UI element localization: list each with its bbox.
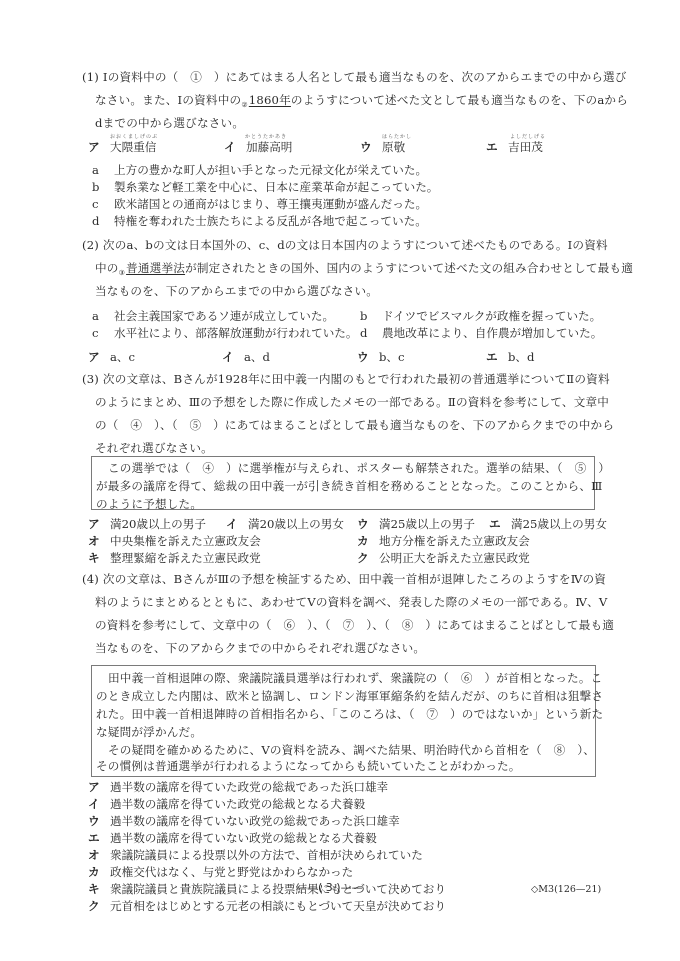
- choice-label: ア: [88, 142, 110, 154]
- choice-label: ウ: [88, 816, 110, 828]
- q2-line-2-head: 中の: [95, 261, 119, 275]
- choice-label: ア: [88, 519, 110, 531]
- choice-label: カ: [88, 867, 110, 879]
- choice-text: 政権交代はなく、与党と野党はかわらなかった: [110, 865, 353, 879]
- choice-text: 吉田茂: [508, 140, 543, 154]
- q3-choice-a: ア満20歳以上の男子: [88, 519, 206, 531]
- q2-line-1: (2) 次のa、bの文は日本国外の、c、dの文は日本国内のようすについて述べたも…: [82, 240, 608, 252]
- choice-label: オ: [88, 536, 110, 548]
- q4-choice-u: ウ過半数の議席を得ていない政党の総裁であった浜口雄幸: [88, 816, 400, 828]
- q1-statement-d: d特権を奪われた士族たちによる反乱が各地で起こっていた。: [92, 216, 427, 228]
- choice-text: 満20歳以上の男子: [110, 517, 206, 531]
- statement-text: 社会主義国家であるソ連が成立していた。: [114, 309, 334, 323]
- q2-statement-d: d農地改革により、自作農が増加していた。: [360, 328, 602, 340]
- q4-choice-a: ア過半数の議席を得ていた政党の総裁であった浜口雄幸: [88, 782, 388, 794]
- q3-choice-e: エ満25歳以上の男女: [489, 519, 607, 531]
- choice-text: a、c: [110, 350, 135, 364]
- choice-label: エ: [486, 142, 508, 154]
- statement-text: 製糸業など軽工業を中心に、日本に産業革命が起こっていた。: [114, 180, 438, 194]
- page-number: ——( 3 )——: [296, 882, 363, 893]
- q3-choice-ki: キ整理緊縮を訴えた立憲民政党: [88, 553, 261, 565]
- q4-choice-e: エ過半数の議席を得ていない政党の総裁となる犬養毅: [88, 833, 377, 845]
- statement-label: c: [92, 199, 114, 211]
- choice-label: イ: [224, 142, 246, 154]
- q2-choice-u: ウb、c: [357, 352, 405, 364]
- statement-label: c: [92, 328, 114, 340]
- choice-label: ウ: [357, 352, 379, 364]
- q2-line-2: 中の③普通選挙法が制定されたときの国外、国内のようすについて述べた文の組み合わせ…: [95, 263, 633, 277]
- choice-label: ク: [88, 901, 110, 913]
- choice-text: 満25歳以上の男子: [379, 517, 475, 531]
- statement-text: 欧米諸国との通商がはじまり、尊王攘夷運動が盛んだった。: [114, 197, 427, 211]
- q2-choice-a: アa、c: [88, 352, 135, 364]
- choice-text: 整理緊縮を訴えた立憲民政党: [110, 551, 261, 565]
- q4-memo-line-3: れた。田中義一首相退陣時の首相指名から、「このころは、（ ⑦ ）のではないか」と…: [96, 709, 603, 721]
- choice-text: 衆議院議員による投票以外の方法で、首相が決められていた: [110, 848, 423, 862]
- choice-text: 中央集権を訴えた立憲政友会: [110, 534, 261, 548]
- q1-line-2: なさい。また、Ⅰの資料中の②1860年のようすについて述べた文として最も適当なも…: [95, 95, 628, 109]
- q3-line-4: それぞれ選びなさい。: [95, 443, 213, 455]
- statement-label: a: [92, 311, 114, 323]
- underlined-universal-suffrage-law: 普通選挙法: [126, 261, 185, 275]
- choice-text: 過半数の議席を得ていない政党の総裁となる犬養毅: [110, 831, 377, 845]
- statement-label: b: [92, 182, 114, 194]
- q3-line-1: (3) 次の文章は、Bさんが1928年に田中義一内閣のもとで行われた最初の普通選…: [82, 374, 610, 386]
- q1-statement-a: a上方の豊かな町人が担い手となった元禄文化が栄えていた。: [92, 165, 427, 177]
- q4-memo-line-1: 田中義一首相退陣の際、衆議院議員選挙は行われず、衆議院の（ ⑥ ）が首相となった…: [108, 673, 602, 685]
- q3-line-2: のようにまとめ、Ⅲの予想をした際に作成したメモの一部である。Ⅱの資料を参考にして…: [95, 397, 609, 409]
- choice-text: 元首相をはじめとする元老の相談にもとづいて天皇が決めており: [110, 899, 446, 913]
- statement-label: d: [360, 328, 382, 340]
- choice-label: エ: [489, 519, 511, 531]
- q3-memo-line-1: この選挙では（ ④ ）に選挙権が与えられ、ポスターも解禁された。選挙の結果、（ …: [108, 463, 610, 475]
- q1-statement-c: c欧米諸国との通商がはじまり、尊王攘夷運動が盛んだった。: [92, 199, 427, 211]
- choice-label: オ: [88, 850, 110, 862]
- statement-text: 水平社により、部落解放運動が行われていた。: [114, 326, 357, 340]
- choice-label: イ: [222, 352, 244, 364]
- exam-code: ◇M3(126—21): [531, 885, 601, 895]
- choice-label: エ: [486, 352, 508, 364]
- q4-choice-ki: キ衆議院議員と貴族院議員による投票結果にもとづいて決めており: [88, 884, 446, 896]
- choice-text: 大隈重信: [110, 140, 156, 154]
- choice-text: 過半数の議席を得ていた政党の総裁となる犬養毅: [110, 797, 365, 811]
- q3-choice-u: ウ満25歳以上の男子: [357, 519, 475, 531]
- q4-choice-o: オ衆議院議員による投票以外の方法で、首相が決められていた: [88, 850, 423, 862]
- statement-text: ドイツでビスマルクが政権を握っていた。: [382, 309, 601, 323]
- choice-label: ク: [357, 553, 379, 565]
- choice-label: ア: [88, 352, 110, 364]
- choice-label: イ: [88, 799, 110, 811]
- q4-memo-line-6: その慣例は普通選挙が行われるようになってからも続いていたことがわかった。: [96, 761, 521, 773]
- q4-memo-line-5: その疑問を確かめるために、Ⅴの資料を読み、調べた結果、明治時代から首相を（ ⑧ …: [108, 745, 595, 757]
- q4-memo-line-2: のとき成立した内閣は、欧米と協調し、ロンドン海軍軍縮条約を結んだが、のちに首相は…: [96, 691, 603, 703]
- q3-choice-i: イ満20歳以上の男女: [226, 519, 344, 531]
- statement-label: a: [92, 165, 114, 177]
- choice-label: ウ: [360, 142, 382, 154]
- q1-choice-a: ア大隈重信: [88, 142, 156, 154]
- choice-text: 原敬: [382, 140, 405, 154]
- choice-text: 衆議院議員と貴族院議員による投票結果にもとづいて決めており: [110, 882, 446, 896]
- choice-text: 地方分権を訴えた立憲政友会: [379, 534, 530, 548]
- q2-statement-a: a社会主義国家であるソ連が成立していた。: [92, 311, 334, 323]
- q1-line-3: dまでの中から選びなさい。: [95, 118, 244, 130]
- choice-label: エ: [88, 833, 110, 845]
- q4-choice-ku: ク元首相をはじめとする元老の相談にもとづいて天皇が決めており: [88, 901, 446, 913]
- q2-statement-b: bドイツでビスマルクが政権を握っていた。: [360, 311, 601, 323]
- q1-line-1: (1) Ⅰの資料中の（ ① ）にあてはまる人名として最も適当なものを、次のアから…: [82, 72, 627, 84]
- q2-choice-i: イa、d: [222, 352, 270, 364]
- q1-line-2-head: なさい。また、Ⅰの資料中の: [95, 93, 241, 107]
- statement-label: b: [360, 311, 382, 323]
- q3-choice-ku: ク公明正大を訴えた立憲民政党: [357, 553, 530, 565]
- choice-text: 過半数の議席を得ていない政党の総裁であった浜口雄幸: [110, 814, 400, 828]
- q2-statement-c: c水平社により、部落解放運動が行われていた。: [92, 328, 357, 340]
- q3-memo-line-2: が最多の議席を得て、総裁の田中義一が引き続き首相を務めることとなった。このことか…: [96, 481, 603, 493]
- q4-line-2: 料のようにまとめるとともに、あわせてⅤの資料を調べ、発表した際のメモの一部である…: [95, 597, 607, 609]
- choice-text: 過半数の議席を得ていた政党の総裁であった浜口雄幸: [110, 780, 388, 794]
- q2-choice-e: エb、d: [486, 352, 534, 364]
- q4-line-1: (4) 次の文章は、BさんがⅢの予想を検証するため、田中義一首相が退陣したころの…: [82, 574, 606, 586]
- marker-2: ②: [241, 101, 247, 109]
- q1-line-2-tail: のようすについて述べた文として最も適当なものを、下のaから: [291, 93, 628, 107]
- statement-text: 農地改革により、自作農が増加していた。: [382, 326, 602, 340]
- q2-line-2-tail: が制定されたときの国外、国内のようすについて述べた文の組み合わせとして最も適: [185, 261, 633, 275]
- choice-text: b、d: [508, 350, 534, 364]
- choice-text: 満25歳以上の男女: [511, 517, 607, 531]
- choice-label: ア: [88, 782, 110, 794]
- q1-choice-e: エ吉田茂: [486, 142, 543, 154]
- choice-label: キ: [88, 884, 110, 896]
- q3-line-3: の（ ④ ）、（ ⑤ ）にあてはまることばとして最も適当なものを、下のアからクま…: [95, 420, 614, 432]
- marker-3: ③: [119, 269, 125, 277]
- q4-choice-i: イ過半数の議席を得ていた政党の総裁となる犬養毅: [88, 799, 365, 811]
- q1-statement-b: b製糸業など軽工業を中心に、日本に産業革命が起こっていた。: [92, 182, 438, 194]
- choice-label: キ: [88, 553, 110, 565]
- choice-label: ウ: [357, 519, 379, 531]
- choice-text: 公明正大を訴えた立憲民政党: [379, 551, 530, 565]
- q2-line-3: 当なものを、下のアからエまでの中から選びなさい。: [95, 286, 378, 298]
- statement-label: d: [92, 216, 114, 228]
- underlined-1860: 1860年: [249, 93, 291, 107]
- choice-text: 満20歳以上の男女: [248, 517, 344, 531]
- choice-label: イ: [226, 519, 248, 531]
- q1-choice-u: ウ原敬: [360, 142, 405, 154]
- q3-choice-ka: カ地方分権を訴えた立憲政友会: [357, 536, 530, 548]
- choice-label: カ: [357, 536, 379, 548]
- statement-text: 上方の豊かな町人が担い手となった元禄文化が栄えていた。: [114, 163, 427, 177]
- choice-text: 加藤高明: [246, 140, 292, 154]
- q4-line-3: の資料を参考にして、文章中の（ ⑥ ）、（ ⑦ ）、（ ⑧ ）にあてはまることば…: [95, 620, 614, 632]
- q1-choice-i: イ加藤高明: [224, 142, 292, 154]
- q4-choice-ka: カ政権交代はなく、与党と野党はかわらなかった: [88, 867, 353, 879]
- choice-text: b、c: [379, 350, 405, 364]
- choice-text: a、d: [244, 350, 270, 364]
- q3-memo-line-3: のように予想した。: [96, 499, 202, 511]
- q4-line-4: 当なものを、下のアからクまでの中からそれぞれ選びなさい。: [95, 643, 425, 655]
- statement-text: 特権を奪われた士族たちによる反乱が各地で起こっていた。: [114, 214, 427, 228]
- q3-choice-o: オ中央集権を訴えた立憲政友会: [88, 536, 261, 548]
- q4-memo-line-4: な疑問が浮かんだ。: [96, 727, 202, 739]
